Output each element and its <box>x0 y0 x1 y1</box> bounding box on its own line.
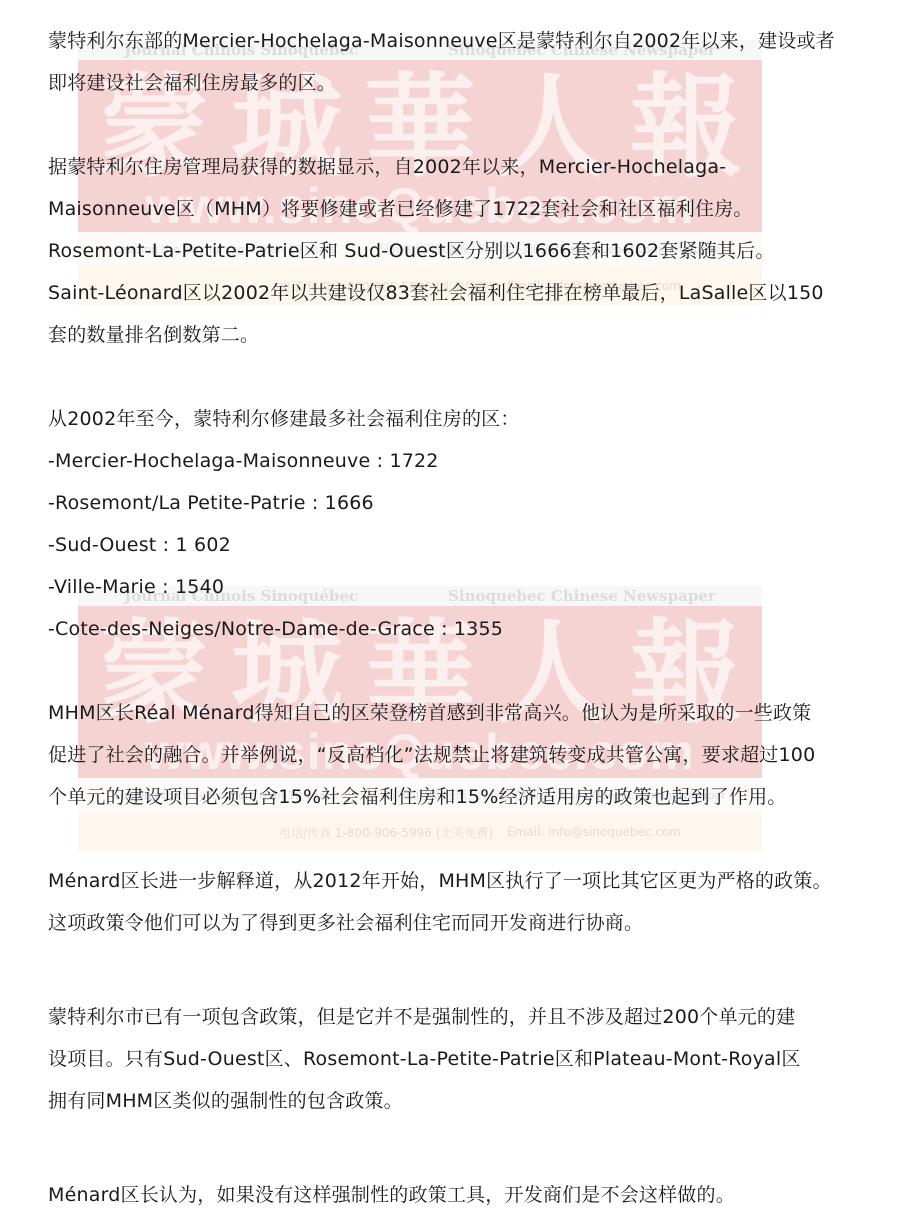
paragraph-spacer <box>48 1122 848 1174</box>
text-line: Saint-Léonard区以2002年以共建设仅83套社会福利住宅排在榜单最后… <box>48 272 848 314</box>
paragraph-spacer <box>48 650 848 692</box>
ranking-list-item: -Sud-Ouest : 1 602 <box>48 524 848 566</box>
paragraph-conclusion: Ménard区长认为，如果没有这样强制性的政策工具，开发商们是不会这样做的。 <box>48 1174 848 1216</box>
text-line: 拥有同MHM区类似的强制性的包含政策。 <box>48 1080 848 1122</box>
text-line: 这项政策令他们可以为了得到更多社会福利住宅而同开发商进行协商。 <box>48 902 848 944</box>
ranking-list-item: -Mercier-Hochelaga-Maisonneuve : 1722 <box>48 440 848 482</box>
text-line: 促进了社会的融合。并举例说，“反高档化”法规禁止将建筑转变成共管公寓，要求超过1… <box>48 734 848 776</box>
ranking-list-item: -Rosemont/La Petite-Patrie : 1666 <box>48 482 848 524</box>
ranking-list: 从2002年至今，蒙特利尔修建最多社会福利住房的区： -Mercier-Hoch… <box>48 398 848 650</box>
paragraph-menard-explanation: Ménard区长进一步解释道，从2012年开始，MHM区执行了一项比其它区更为严… <box>48 860 848 944</box>
text-line: Rosemont-La-Petite-Patrie区和 Sud-Ouest区分别… <box>48 230 848 272</box>
paragraph-inclusion-policy: 蒙特利尔市已有一项包含政策，但是它并不是强制性的，并且不涉及超过200个单元的建… <box>48 996 848 1122</box>
paragraph-spacer <box>48 818 848 860</box>
text-line: 套的数量排名倒数第二。 <box>48 314 848 356</box>
paragraph-menard-reaction: MHM区长Réal Ménard得知自己的区荣登榜首感到非常高兴。他认为是所采取… <box>48 692 848 818</box>
ranking-list-item: -Ville-Marie : 1540 <box>48 566 848 608</box>
paragraph-data-summary: 据蒙特利尔住房管理局获得的数据显示，自2002年以来，Mercier-Hoche… <box>48 146 848 356</box>
text-line: 据蒙特利尔住房管理局获得的数据显示，自2002年以来，Mercier-Hoche… <box>48 146 848 188</box>
ranking-list-item: -Cote-des-Neiges/Notre-Dame-de-Grace : 1… <box>48 608 848 650</box>
text-line: 个单元的建设项目必须包含15%社会福利住房和15%经济适用房的政策也起到了作用。 <box>48 776 848 818</box>
text-line: Ménard区长进一步解释道，从2012年开始，MHM区执行了一项比其它区更为严… <box>48 860 848 902</box>
paragraph-spacer <box>48 356 848 398</box>
ranking-list-heading: 从2002年至今，蒙特利尔修建最多社会福利住房的区： <box>48 398 848 440</box>
text-line: MHM区长Réal Ménard得知自己的区荣登榜首感到非常高兴。他认为是所采取… <box>48 692 848 734</box>
text-line: 设项目。只有Sud-Ouest区、Rosemont-La-Petite-Patr… <box>48 1038 848 1080</box>
article-body: 蒙特利尔东部的Mercier-Hochelaga-Maisonneuve区是蒙特… <box>48 20 848 1216</box>
paragraph-spacer <box>48 104 848 146</box>
paragraph-spacer <box>48 944 848 996</box>
paragraph-intro: 蒙特利尔东部的Mercier-Hochelaga-Maisonneuve区是蒙特… <box>48 20 848 104</box>
text-line: 蒙特利尔市已有一项包含政策，但是它并不是强制性的，并且不涉及超过200个单元的建 <box>48 996 848 1038</box>
text-line: Maisonneuve区（MHM）将要修建或者已经修建了1722套社会和社区福利… <box>48 188 848 230</box>
